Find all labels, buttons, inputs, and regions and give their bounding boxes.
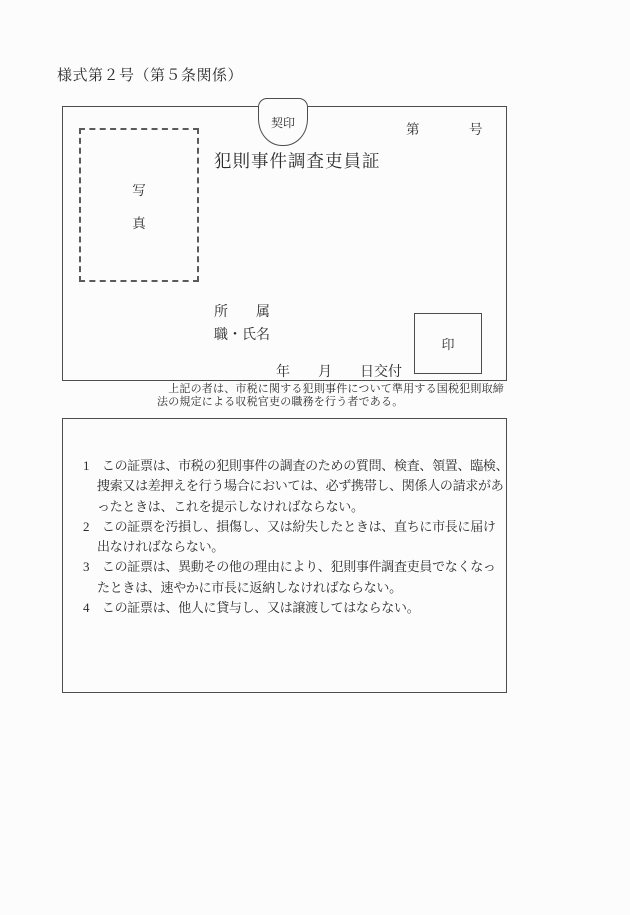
rule-line: 2 この証票を汚損し、損傷し、又は紛失したときは、直ちに市長に届け	[83, 517, 508, 537]
rule-line: たときは、速やかに市長に返納しなければならない。	[83, 578, 508, 598]
photo-label-top: 写	[132, 179, 146, 199]
rule-line: ったときは、これを提示しなければならない。	[83, 497, 508, 517]
rules-list: 1 この証票は、市税の犯則事件の調査のための質問、検査、領置、臨検、 捜索又は差…	[83, 456, 508, 618]
rule-line: 捜索又は差押えを行う場合においては、必ず携帯し、関係人の請求があ	[83, 476, 508, 496]
joint-seal-label: 契印	[271, 114, 295, 131]
rule-line: 4 この証票は、他人に貸与し、又は譲渡してはならない。	[83, 598, 508, 618]
id-card-box: 契印 第 号 犯則事件調査吏員証 写 真 所 属 職・氏名 年 月 日交付 上記…	[62, 106, 507, 381]
photo-label-bottom: 真	[132, 212, 146, 232]
rule-line: 3 この証票は、異動その他の理由により、犯則事件調査吏員でなくなっ	[83, 557, 508, 577]
certificate-number-suffix: 号	[469, 118, 483, 138]
certificate-number-prefix: 第	[406, 118, 420, 138]
seal-placeholder-label: 印	[441, 334, 454, 353]
rule-line: 1 この証票は、市税の犯則事件の調査のための質問、検査、領置、臨検、	[83, 456, 508, 476]
job-and-name-field-label: 職・氏名	[214, 324, 270, 344]
certification-statement: 上記の者は、市税に関する犯則事件について準用する国税犯則取締 法の規定による収税…	[157, 383, 504, 409]
certification-statement-line2: 法の規定による収税官吏の職務を行う者である。	[157, 396, 504, 409]
official-seal-box: 印	[414, 313, 482, 374]
affiliation-field-label: 所 属	[214, 301, 270, 321]
rule-line: 出なければならない。	[83, 537, 508, 557]
card-title: 犯則事件調査吏員証	[214, 148, 381, 173]
certification-statement-line1: 上記の者は、市税に関する犯則事件について準用する国税犯則取締	[157, 383, 504, 396]
form-number-heading: 様式第２号（第５条関係）	[57, 64, 243, 85]
rules-box: 1 この証票は、市税の犯則事件の調査のための質問、検査、領置、臨検、 捜索又は差…	[62, 418, 507, 693]
photo-placeholder-box: 写 真	[79, 128, 199, 282]
issue-date-field-label: 年 月 日交付	[276, 361, 402, 381]
joint-seal-tab: 契印	[258, 98, 308, 146]
